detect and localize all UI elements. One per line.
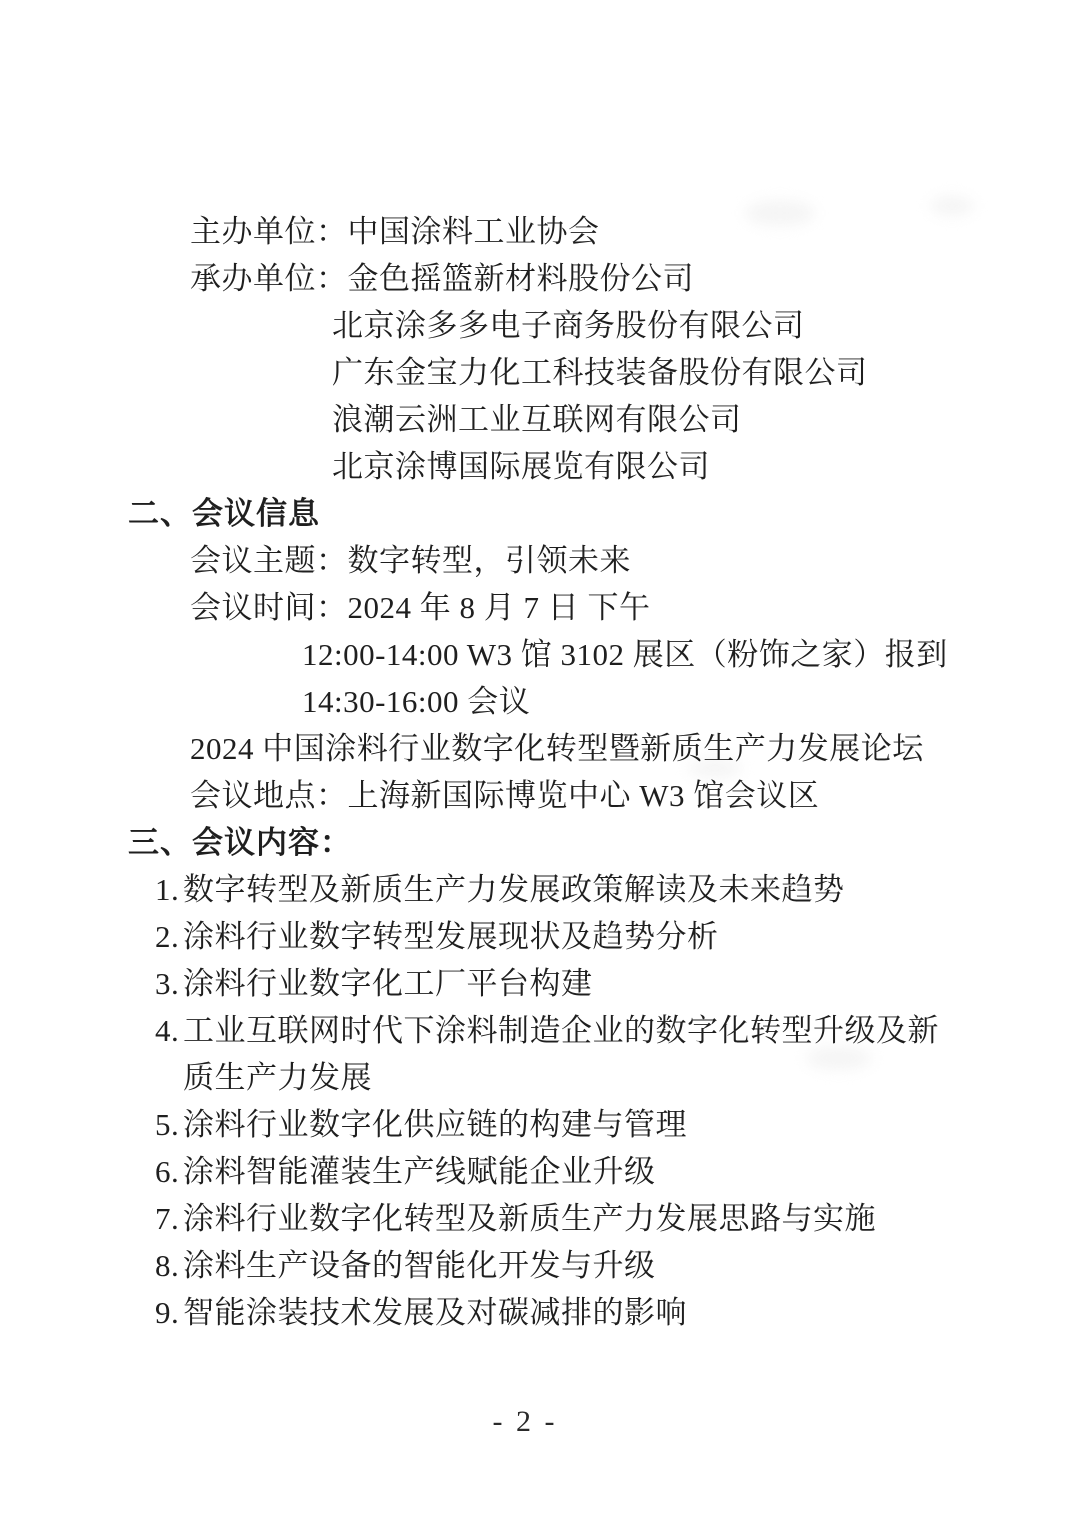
undertaker-value: 金色摇篮新材料股份公司 — [348, 261, 695, 296]
agenda-item-text: 涂料行业数字化转型及新质生产力发展思路与实施 — [183, 1195, 876, 1242]
page-number: - 2 - — [0, 1405, 1050, 1439]
agenda-item-number: 3. — [155, 960, 183, 1007]
agenda-item-number: 1. — [155, 866, 183, 913]
theme-value: 数字转型，引领未来 — [348, 543, 632, 578]
agenda-item: 6.涂料智能灌装生产线赋能企业升级 — [155, 1148, 1080, 1195]
agenda-item-number: 5. — [155, 1101, 183, 1148]
agenda-item-number: 7. — [155, 1195, 183, 1242]
section-heading-meeting-content: 三、会议内容： — [0, 819, 1080, 866]
undertaker-line: 承办单位：金色摇篮新材料股份公司 — [0, 255, 1080, 302]
undertaker-company: 北京涂博国际展览有限公司 — [0, 443, 1080, 490]
agenda-item-text: 工业互联网时代下涂料制造企业的数字化转型升级及新质生产力发展 — [183, 1007, 947, 1101]
agenda-item-number: 6. — [155, 1148, 183, 1195]
document-page: 主办单位：中国涂料工业协会 承办单位：金色摇篮新材料股份公司 北京涂多多电子商务… — [0, 0, 1080, 1527]
agenda-item-text: 智能涂装技术发展及对碳减排的影响 — [183, 1289, 687, 1336]
agenda-list: 1.数字转型及新质生产力发展政策解读及未来趋势 2.涂料行业数字转型发展现状及趋… — [0, 866, 1080, 1336]
agenda-item-number: 9. — [155, 1289, 183, 1336]
time-line: 会议时间：2024 年 8 月 7 日 下午 — [0, 584, 1080, 631]
venue-value: 上海新国际博览中心 W3 馆会议区 — [348, 778, 820, 813]
agenda-item: 7.涂料行业数字化转型及新质生产力发展思路与实施 — [155, 1195, 1080, 1242]
agenda-item-text: 涂料行业数字化供应链的构建与管理 — [183, 1101, 687, 1148]
venue-line: 会议地点：上海新国际博览中心 W3 馆会议区 — [0, 772, 1080, 819]
agenda-item: 9.智能涂装技术发展及对碳减排的影响 — [155, 1289, 1080, 1336]
agenda-item-number: 8. — [155, 1242, 183, 1289]
agenda-item: 3.涂料行业数字化工厂平台构建 — [155, 960, 1080, 1007]
agenda-item: 8.涂料生产设备的智能化开发与升级 — [155, 1242, 1080, 1289]
agenda-item: 5.涂料行业数字化供应链的构建与管理 — [155, 1101, 1080, 1148]
theme-label: 会议主题： — [190, 543, 348, 578]
venue-label: 会议地点： — [190, 778, 348, 813]
host-line: 主办单位：中国涂料工业协会 — [0, 208, 1080, 255]
section-heading-meeting-info: 二、会议信息 — [0, 490, 1080, 537]
agenda-item: 1.数字转型及新质生产力发展政策解读及未来趋势 — [155, 866, 1080, 913]
time-detail-registration: 12:00-14:00 W3 馆 3102 展区（粉饰之家）报到 — [0, 631, 1080, 678]
undertaker-company: 北京涂多多电子商务股份有限公司 — [0, 302, 1080, 349]
theme-line: 会议主题：数字转型，引领未来 — [0, 537, 1080, 584]
agenda-item-number: 4. — [155, 1007, 183, 1054]
agenda-item: 4.工业互联网时代下涂料制造企业的数字化转型升级及新质生产力发展 — [155, 1007, 1080, 1101]
document-body: 主办单位：中国涂料工业协会 承办单位：金色摇篮新材料股份公司 北京涂多多电子商务… — [0, 208, 1080, 1336]
agenda-item: 2.涂料行业数字转型发展现状及趋势分析 — [155, 913, 1080, 960]
forum-title: 2024 中国涂料行业数字化转型暨新质生产力发展论坛 — [0, 725, 1080, 772]
agenda-item-text: 涂料行业数字化工厂平台构建 — [183, 960, 593, 1007]
time-label: 会议时间： — [190, 590, 348, 625]
undertaker-label: 承办单位： — [190, 261, 348, 296]
time-detail-meeting: 14:30-16:00 会议 — [0, 678, 1080, 725]
host-value: 中国涂料工业协会 — [348, 214, 600, 249]
agenda-item-text: 涂料行业数字转型发展现状及趋势分析 — [183, 913, 719, 960]
agenda-item-text: 涂料生产设备的智能化开发与升级 — [183, 1242, 656, 1289]
undertaker-company: 广东金宝力化工科技装备股份有限公司 — [0, 349, 1080, 396]
agenda-item-text: 数字转型及新质生产力发展政策解读及未来趋势 — [183, 866, 845, 913]
agenda-item-text: 涂料智能灌装生产线赋能企业升级 — [183, 1148, 656, 1195]
host-label: 主办单位： — [190, 214, 348, 249]
undertaker-company: 浪潮云洲工业互联网有限公司 — [0, 396, 1080, 443]
agenda-item-number: 2. — [155, 913, 183, 960]
time-value: 2024 年 8 月 7 日 下午 — [348, 590, 651, 625]
